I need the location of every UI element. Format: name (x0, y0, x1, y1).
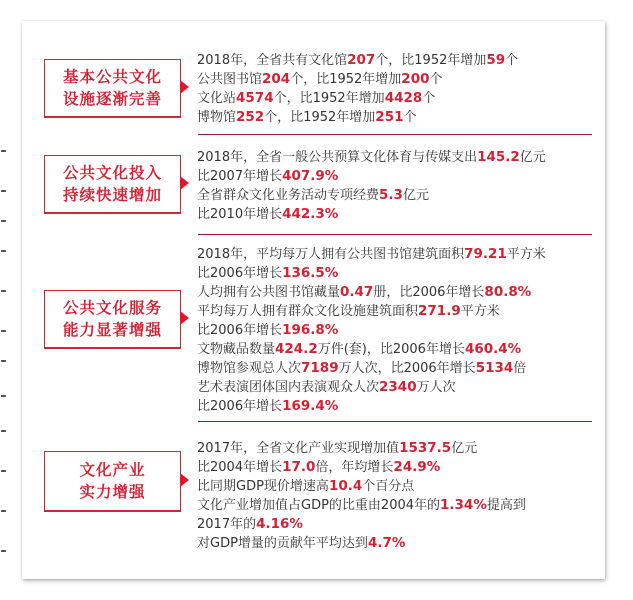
text-line: 博物馆参观总人次7189万人次，比2006年增长5134倍 (197, 359, 546, 378)
text-line: 博物馆252个，比1952年增加251个 (197, 108, 518, 127)
section-title-line1: 文化产业 (79, 459, 145, 481)
section-text: 2018年，平均每万人拥有公共图书馆建筑面积79.21平方米 比2006年增长1… (197, 245, 546, 416)
section-divider (198, 234, 592, 235)
section-title-box: 基本公共文化 设施逐渐完善 (44, 59, 181, 118)
section-title-line2: 能力显著增强 (63, 319, 162, 341)
section-title-line2: 实力增强 (79, 481, 145, 503)
text-line: 2017年的4.16% (197, 515, 526, 534)
arrow-right-icon (180, 473, 189, 487)
section-title-box: 公共文化服务 能力显著增强 (44, 290, 181, 349)
section-title-line1: 公共文化投入 (63, 162, 162, 184)
text-line: 比同期GDP现价增速高10.4个百分点 (197, 477, 526, 496)
text-line: 文物藏品数量424.2万件(套)，比2006年增长460.4% (197, 340, 546, 359)
text-line: 对GDP增量的贡献年平均达到4.7% (197, 534, 526, 553)
section-title-box: 文化产业 实力增强 (44, 451, 181, 512)
section-title-line1: 基本公共文化 (63, 66, 162, 88)
section-divider (198, 134, 592, 135)
section-text: 2018年，全省一般公共预算文化体育与传媒支出145.2亿元 比2007年增长4… (197, 148, 546, 224)
text-line: 人均拥有公共图书馆藏量0.47册，比2006年增长80.8% (197, 283, 546, 302)
section-title-box: 公共文化投入 持续快速增加 (44, 155, 181, 214)
section-text: 2017年，全省文化产业实现增加值1537.5亿元 比2004年增长17.0倍，… (197, 439, 526, 553)
text-line: 全省群众文化业务活动专项经费5.3亿元 (197, 186, 546, 205)
section-text: 2018年，全省共有文化馆207个，比1952年增加59个 公共图书馆204个，… (197, 51, 518, 127)
text-line: 比2006年增长169.4% (197, 397, 546, 416)
text-line: 比2006年增长196.8% (197, 321, 546, 340)
text-line: 2017年，全省文化产业实现增加值1537.5亿元 (197, 439, 526, 458)
arrow-right-icon (180, 176, 189, 190)
arrow-right-icon (180, 311, 189, 325)
text-line: 比2010年增长442.3% (197, 205, 546, 224)
text-line: 比2004年增长17.0倍，年均增长24.9% (197, 458, 526, 477)
section-title-line2: 设施逐渐完善 (63, 88, 162, 110)
section-title-line2: 持续快速增加 (63, 184, 162, 206)
infographic-panel: 基本公共文化 设施逐渐完善 2018年，全省共有文化馆207个，比1952年增加… (22, 21, 605, 579)
text-line: 艺术表演团体国内表演观众人次2340万人次 (197, 378, 546, 397)
text-line: 文化站4574个，比1952年增加4428个 (197, 89, 518, 108)
text-line: 文化产业增加值占GDP的比重由2004年的1.34%提高到 (197, 496, 526, 515)
arrow-right-icon (180, 80, 189, 94)
adjacent-page-edge (0, 40, 8, 600)
text-line: 平均每万人拥有群众文化设施建筑面积271.9平方米 (197, 302, 546, 321)
text-line: 比2007年增长407.9% (197, 167, 546, 186)
text-line: 2018年，全省一般公共预算文化体育与传媒支出145.2亿元 (197, 148, 546, 167)
section-title-line1: 公共文化服务 (63, 297, 162, 319)
section-divider (198, 421, 592, 422)
text-line: 公共图书馆204个，比1952年增加200个 (197, 70, 518, 89)
text-line: 比2006年增长136.5% (197, 264, 546, 283)
text-line: 2018年，全省共有文化馆207个，比1952年增加59个 (197, 51, 518, 70)
text-line: 2018年，平均每万人拥有公共图书馆建筑面积79.21平方米 (197, 245, 546, 264)
